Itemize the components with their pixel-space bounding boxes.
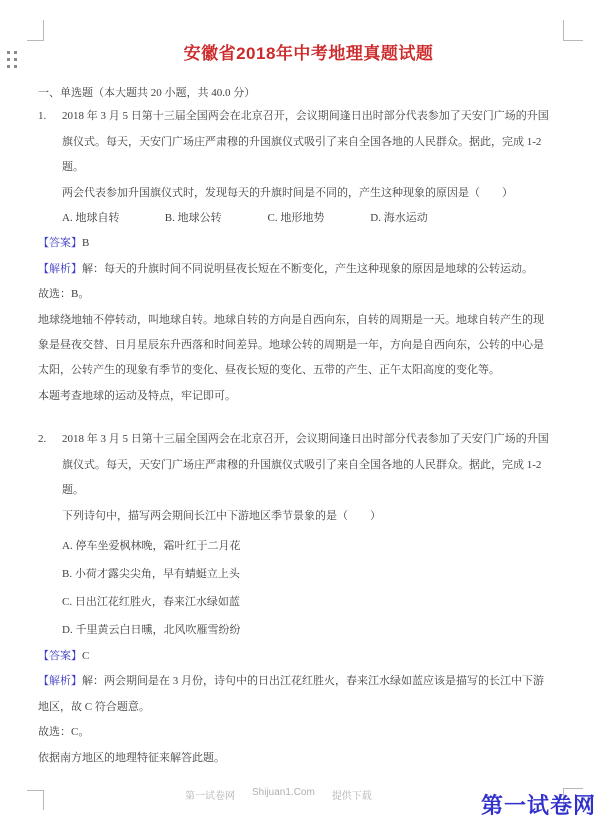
q1-stem-line-3: 题。 — [38, 155, 579, 180]
q1-answer-value: B — [82, 237, 89, 249]
q2-stem-line-1: 2.2018 年 3 月 5 日第十三届全国两会在北京召开，会议期间逢日出时部分… — [38, 427, 579, 452]
q1-stem-line-1: 1.2018 年 3 月 5 日第十三届全国两会在北京召开，会议期间逢日出时部分… — [38, 104, 579, 129]
footer-site-name: 第一试卷网 — [185, 787, 235, 802]
q1-answer-line: 【答案】B — [38, 231, 579, 256]
q1-analysis-text: 解：每天的升旗时间不同说明昼夜长短在不断变化，产生这种现象的原因是地球的公转运动… — [82, 263, 533, 275]
q1-followup-line-5: 本题考查地球的运动及特点，牢记即可。 — [38, 384, 579, 409]
crop-mark-bottom-left-icon — [27, 790, 44, 810]
q2-analysis-label: 【解析】 — [38, 675, 82, 687]
crop-mark-top-right-icon — [563, 20, 583, 41]
q2-answer-value: C — [82, 650, 89, 662]
q2-stem-text: 2018 年 3 月 5 日第十三届全国两会在北京召开，会议期间逢日出时部分代表… — [62, 433, 549, 445]
question-1: 1.2018 年 3 月 5 日第十三届全国两会在北京召开，会议期间逢日出时部分… — [38, 104, 579, 409]
q2-option-d: D. 千里黄云白日曛，北风吹雁雪纷纷 — [38, 616, 579, 644]
q2-number: 2. — [38, 427, 62, 452]
q2-answer-label: 【答案】 — [38, 650, 82, 662]
q1-analysis-line: 【解析】解：每天的升旗时间不同说明昼夜长短在不断变化，产生这种现象的原因是地球的… — [38, 257, 579, 282]
q2-followup-line-1: 地区，故 C 符合题意。 — [38, 695, 579, 720]
crop-mark-top-left-icon — [27, 20, 44, 41]
site-watermark: 第一试卷网 — [481, 789, 596, 820]
q1-option-d: D. 海水运动 — [370, 206, 470, 231]
q2-option-a: A. 停车坐爱枫林晚，霜叶红于二月花 — [38, 532, 579, 560]
q2-prompt: 下列诗句中，描写两会期间长江中下游地区季节景象的是（ ） — [38, 504, 579, 529]
q1-followup-line-2: 地球绕地轴不停转动，叫地球自转。地球自转的方向是自西向东，自转的周期是一天。地球… — [38, 308, 579, 333]
question-2: 2.2018 年 3 月 5 日第十三届全国两会在北京召开，会议期间逢日出时部分… — [38, 427, 579, 771]
q1-option-c: C. 地形地势 — [268, 206, 368, 231]
q2-analysis-line: 【解析】解：两会期间是在 3 月份，诗句中的日出江花红胜火，春来江水绿如蓝应该是… — [38, 669, 579, 694]
drag-handle-dots-icon[interactable] — [7, 51, 17, 68]
q1-followup-line-4: 太阳，公转产生的现象有季节的变化、昼夜长短的变化、五带的产生、正午太阳高度的变化… — [38, 358, 579, 383]
q2-followup-line-3: 依据南方地区的地理特征来解答此题。 — [38, 746, 579, 771]
q1-number: 1. — [38, 104, 62, 129]
q1-analysis-label: 【解析】 — [38, 263, 82, 275]
q1-followup-line-3: 象是昼夜交替、日月星辰东升西落和时间差异。地球公转的周期是一年，方向是自西向东，… — [38, 333, 579, 358]
q1-answer-label: 【答案】 — [38, 237, 82, 249]
footer: 第一试卷网 Shijuan1.Com 提供下载 — [185, 787, 372, 802]
footer-download-note: 提供下载 — [332, 787, 372, 802]
q2-stem-line-2: 旗仪式。每天，天安门广场庄严肃穆的升国旗仪式吸引了来自全国各地的人民群众。据此，… — [38, 453, 579, 478]
document-page: 安徽省2018年中考地理真题试题 一、单选题（本大题共 20 小题，共 40.0… — [0, 0, 599, 829]
q1-followup-line-1: 故选：B。 — [38, 282, 579, 307]
q2-option-c: C. 日出江花红胜火，春来江水绿如蓝 — [38, 588, 579, 616]
q2-answer-line: 【答案】C — [38, 644, 579, 669]
q1-option-a: A. 地球自转 — [62, 206, 162, 231]
section-heading: 一、单选题（本大题共 20 小题，共 40.0 分） — [38, 81, 579, 106]
q2-stem-line-3: 题。 — [38, 478, 579, 503]
page-title: 安徽省2018年中考地理真题试题 — [38, 0, 579, 64]
footer-site-url: Shijuan1.Com — [252, 787, 315, 802]
q1-prompt: 两会代表参加升国旗仪式时，发现每天的升旗时间是不同的，产生这种现象的原因是（ ） — [38, 181, 579, 206]
q2-analysis-text: 解：两会期间是在 3 月份，诗句中的日出江花红胜火，春来江水绿如蓝应该是描写的长… — [82, 675, 544, 687]
q1-options-row: A. 地球自转 B. 地球公转 C. 地形地势 D. 海水运动 — [38, 206, 579, 231]
q1-stem-text: 2018 年 3 月 5 日第十三届全国两会在北京召开，会议期间逢日出时部分代表… — [62, 110, 549, 122]
q1-stem-line-2: 旗仪式。每天，天安门广场庄严肃穆的升国旗仪式吸引了来自全国各地的人民群众。据此，… — [38, 130, 579, 155]
q2-option-b: B. 小荷才露尖尖角，早有蜻蜓立上头 — [38, 560, 579, 588]
q2-followup-line-2: 故选：C。 — [38, 720, 579, 745]
q1-option-b: B. 地球公转 — [165, 206, 265, 231]
q2-options-list: A. 停车坐爱枫林晚，霜叶红于二月花 B. 小荷才露尖尖角，早有蜻蜓立上头 C.… — [38, 532, 579, 644]
